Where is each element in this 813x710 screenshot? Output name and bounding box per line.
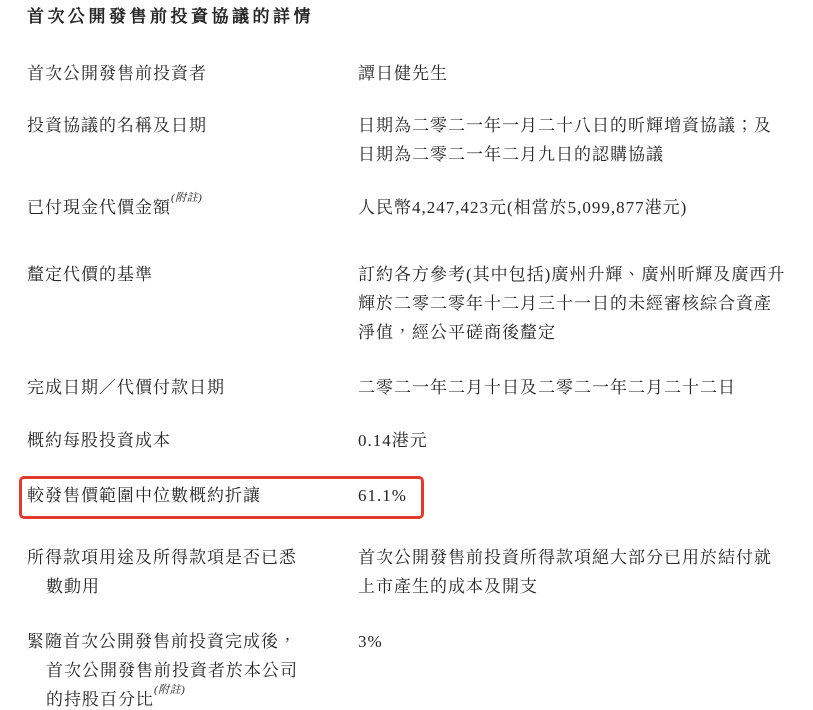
row-label: 釐定代價的基準 — [27, 260, 358, 289]
table-row-completion-payment-date: 完成日期／代價付款日期 二零二一年二月十日及二零二一年二月二十二日 — [27, 373, 813, 402]
row-value: 訂約各方參考(其中包括)廣州升輝、廣州昕輝及廣西升 輝於二零二零年十二月三十一日… — [358, 260, 798, 347]
prospectus-page: 首次公開發售前投資協議的詳情 首次公開發售前投資者 譚日健先生 投資協議的名稱及… — [0, 0, 813, 710]
table-row-basis-of-consideration: 釐定代價的基準 訂約各方參考(其中包括)廣州升輝、廣州昕輝及廣西升 輝於二零二零… — [27, 260, 813, 347]
row-value: 譚日健先生 — [358, 59, 798, 88]
row-value: 人民幣4,247,423元(相當於5,099,877港元) — [358, 193, 798, 222]
table-row-shareholding-percentage: 緊隨首次公開發售前投資完成後， 首次公開發售前投資者於本公司 的持股百分比(附註… — [27, 627, 813, 710]
table-row-pre-ipo-investor: 首次公開發售前投資者 譚日健先生 — [27, 59, 813, 88]
row-label: 已付現金代價金額(附註) — [27, 193, 358, 222]
footnote-marker: (附註) — [171, 192, 202, 204]
row-label: 首次公開發售前投資者 — [27, 59, 358, 88]
row-value: 3% — [358, 627, 798, 656]
row-value: 日期為二零二一年一月二十八日的昕輝增資協議；及 日期為二零二一年二月九日的認購協… — [358, 111, 798, 169]
page-title: 首次公開發售前投資協議的詳情 — [27, 5, 813, 29]
row-label: 完成日期／代價付款日期 — [27, 373, 358, 402]
table-row-cost-per-share: 概約每股投資成本 0.14港元 — [27, 426, 813, 455]
row-value: 首次公開發售前投資所得款項絕大部分已用於結付就 上市產生的成本及開支 — [358, 543, 798, 601]
table-row-cash-consideration: 已付現金代價金額(附註) 人民幣4,247,423元(相當於5,099,877港… — [27, 193, 813, 222]
footnote-marker: (附註) — [154, 684, 185, 696]
row-label: 概約每股投資成本 — [27, 426, 358, 455]
row-label: 緊隨首次公開發售前投資完成後， 首次公開發售前投資者於本公司 的持股百分比(附註… — [27, 627, 358, 710]
row-label: 投資協議的名稱及日期 — [27, 111, 358, 140]
row-value: 二零二一年二月十日及二零二一年二月二十二日 — [358, 373, 798, 402]
table-row-discount-to-midpoint: 較發售價範圍中位數概約折讓 61.1% — [27, 481, 813, 510]
table-row-use-of-proceeds: 所得款項用途及所得款項是否已悉 數動用 首次公開發售前投資所得款項絕大部分已用於… — [27, 543, 813, 601]
row-label: 所得款項用途及所得款項是否已悉 數動用 — [27, 543, 358, 601]
row-value: 0.14港元 — [358, 426, 798, 455]
table-row-agreement-name-date: 投資協議的名稱及日期 日期為二零二一年一月二十八日的昕輝增資協議；及 日期為二零… — [27, 111, 813, 169]
row-label: 較發售價範圍中位數概約折讓 — [27, 481, 358, 510]
row-value: 61.1% — [358, 481, 798, 510]
